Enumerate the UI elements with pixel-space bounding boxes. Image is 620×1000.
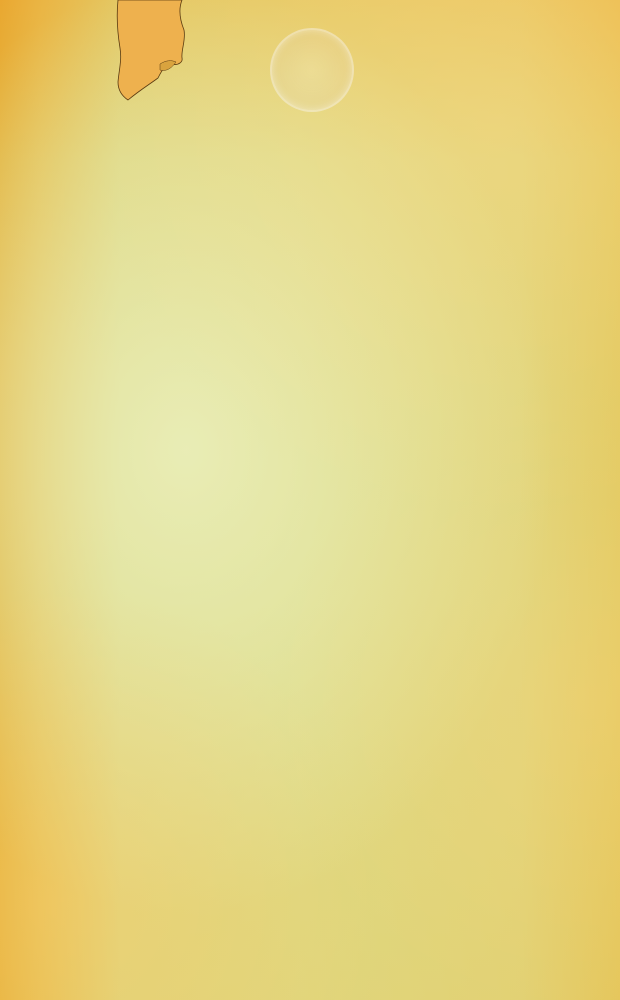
embossed-seal — [270, 28, 354, 112]
aged-paper-background — [0, 0, 620, 1000]
